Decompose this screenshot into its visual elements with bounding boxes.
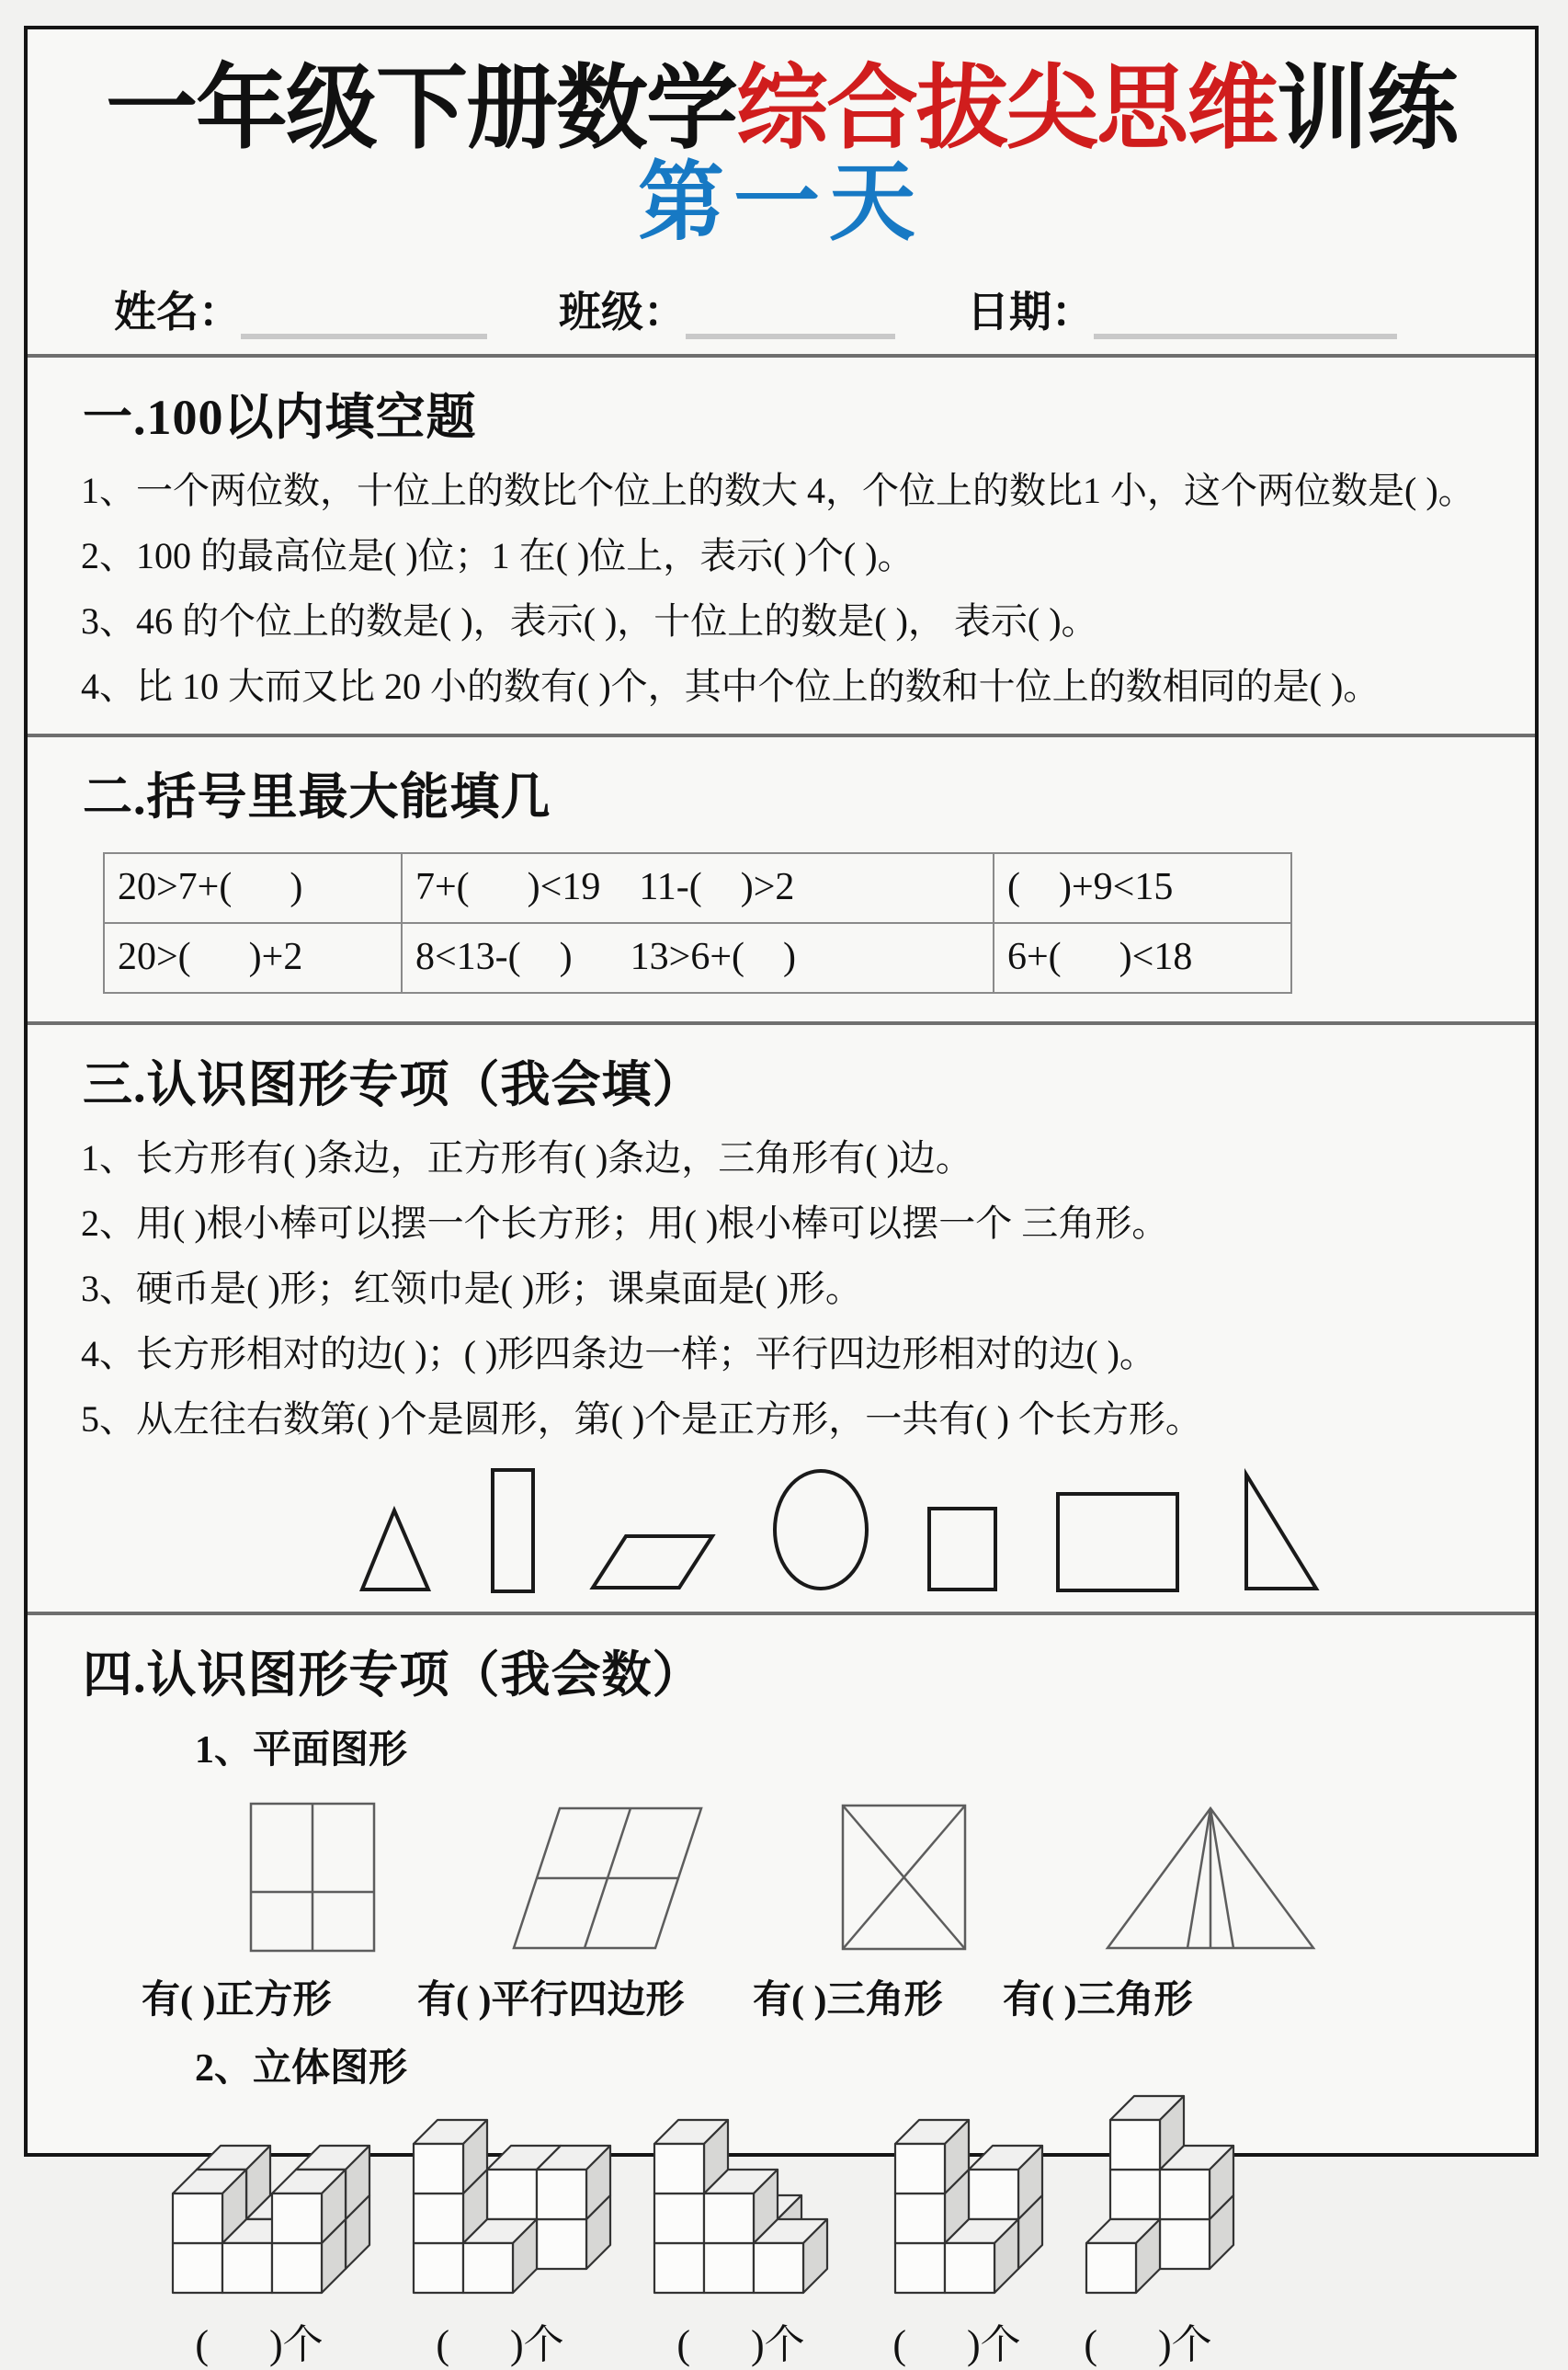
section4-sub1: 1、平面图形: [195, 1719, 1485, 1774]
section3-heading: 三.认识图形专项（我会填）: [83, 1045, 1485, 1116]
page-title: 一年级下册数学综合拔尖思维训练: [77, 61, 1485, 157]
cube-figure-column: ( )个: [169, 2166, 349, 2221]
small-rectangle-icon: [924, 1503, 1002, 1595]
section2-heading: 二.括号里最大能填几: [83, 758, 1485, 828]
parallelogram-icon: [589, 1531, 718, 1595]
cube-stack-figure-3: [651, 2116, 831, 2221]
section3-question-5: 5、从左往右数第( )个是圆形，第( )个是正方形，一共有( ) 个长方形。: [81, 1386, 1485, 1452]
tall-rectangle-icon: [487, 1466, 538, 1595]
worksheet-page: 一年级下册数学综合拔尖思维训练 第一天 姓名： 班级： 日期： 一.100以内填…: [24, 26, 1539, 2157]
student-info-row: 姓名： 班级： 日期：: [114, 279, 1485, 339]
square-with-diagonals-icon: [837, 1800, 971, 1954]
cube-stack-figure-1: [169, 2166, 349, 2221]
table-cell: 20>7+( ): [104, 853, 402, 923]
section1-question-4: 4、比 10 大而又比 20 小的数有( )个，其中个位上的数和十位上的数相同的…: [81, 654, 1485, 719]
parallelogram-grid-2x2-icon: [506, 1803, 709, 1954]
table-cell: ( )+9<15: [994, 853, 1291, 923]
date-blank: [1094, 291, 1397, 339]
triangle-icon: [353, 1503, 436, 1595]
name-blank: [241, 291, 487, 339]
section1-heading: 一.100以内填空题: [83, 378, 1485, 449]
table-row: 20>( )+2 8<13-( ) 13>6+( ) 6+( )<18: [104, 923, 1291, 993]
plane-label-triangles-1: 有( )三角形: [753, 1969, 1003, 2024]
cube-figure-column: ( )个: [651, 2116, 831, 2221]
table-row: 20>7+( ) 7+( )<19 11-( )>2 ( )+9<15: [104, 853, 1291, 923]
section4-heading: 四.认识图形专项（我会数）: [83, 1635, 1485, 1706]
cube-stack-figure-4: [892, 2116, 1022, 2221]
class-label: 班级：: [559, 279, 686, 339]
table-cell: 6+( )<18: [994, 923, 1291, 993]
plane-figure-labels: 有( )正方形 有( )平行四边形 有( )三角形 有( )三角形: [142, 1969, 1485, 2024]
rectangle-icon: [1053, 1489, 1182, 1595]
title-red: 综合拔尖思维: [736, 57, 1277, 160]
cube-stack-figure-2: [410, 2116, 590, 2221]
section3-question-1: 1、长方形有( )条边，正方形有( )条边，三角形有( )边。: [81, 1125, 1485, 1191]
plane-label-squares: 有( )正方形: [142, 1969, 417, 2024]
cube-figure-column: ( )个: [892, 2116, 1022, 2221]
section3-question-2: 2、用( )根小棒可以摆一个长方形；用( )根小棒可以摆一个 三角形。: [81, 1191, 1485, 1256]
section-divider: [28, 1612, 1535, 1615]
section-divider: [28, 354, 1535, 358]
cube-figures-row: ( )个 ( )个 ( )个 ( )个 ( )个: [169, 2116, 1485, 2221]
plane-label-triangles-2: 有( )三角形: [1003, 1969, 1253, 2024]
date-label: 日期：: [967, 279, 1094, 339]
plane-figures-row: [247, 1800, 1485, 1954]
section-divider: [28, 1021, 1535, 1025]
class-blank: [686, 291, 895, 339]
table-cell: 8<13-( ) 13>6+( ): [402, 923, 994, 993]
right-triangle-icon: [1233, 1471, 1321, 1595]
section1-question-2: 2、100 的最高位是( )位；1 在( )位上，表示( )个( )。: [81, 523, 1485, 588]
max-fill-table: 20>7+( ) 7+( )<19 11-( )>2 ( )+9<15 20>(…: [103, 852, 1292, 994]
title-black-1: 一年级下册数学: [106, 57, 736, 160]
table-cell: 20>( )+2: [104, 923, 402, 993]
cube-figure-column: ( )个: [1083, 2116, 1213, 2221]
cube-figure-column: ( )个: [410, 2116, 590, 2221]
triangle-fan-icon: [1100, 1803, 1321, 1954]
title-black-2: 训练: [1277, 57, 1457, 160]
plane-label-parallelograms: 有( )平行四边形: [417, 1969, 753, 2024]
circle-icon: [769, 1464, 872, 1595]
section-divider: [28, 734, 1535, 737]
shape-sequence-row: [353, 1464, 1485, 1595]
cube-stack-figure-5: [1083, 2116, 1213, 2221]
section1-question-1: 1、一个两位数，十位上的数比个位上的数大 4，个位上的数比1 小，这个两位数是(…: [81, 458, 1485, 523]
section1-question-3: 3、46 的个位上的数是( )，表示( )，十位上的数是( )， 表示( )。: [81, 588, 1485, 654]
section3-question-3: 3、硬币是( )形；红领巾是( )形；课桌面是( )形。: [81, 1256, 1485, 1321]
section4-sub2: 2、立体图形: [195, 2037, 1485, 2092]
name-label: 姓名：: [114, 279, 241, 339]
section3-question-4: 4、长方形相对的边( )；( )形四条边一样；平行四边形相对的边( )。: [81, 1321, 1485, 1386]
table-cell: 7+( )<19 11-( )>2: [402, 853, 994, 923]
page-subtitle-day: 第一天: [77, 159, 1485, 245]
square-grid-2x2-icon: [247, 1800, 378, 1954]
